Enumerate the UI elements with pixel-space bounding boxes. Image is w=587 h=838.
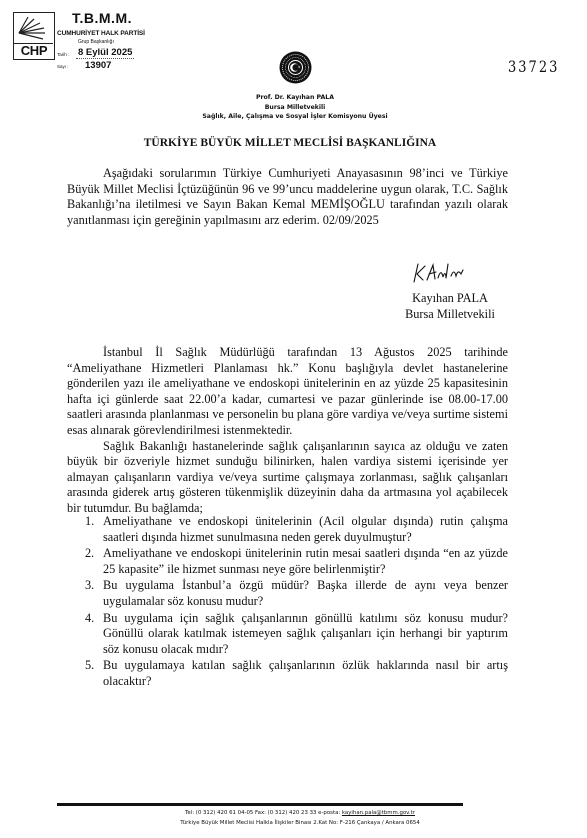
question-list: 1.Ameliyathane ve endoskopi ünitelerinin… bbox=[67, 514, 508, 691]
question-text: Bu uygulama için sağlık çalışanlarının g… bbox=[103, 611, 508, 656]
number-label: Sayı : bbox=[57, 64, 69, 69]
question-item: 3.Bu uygulama İstanbul’a özgü müdür? Baş… bbox=[67, 578, 508, 609]
signer-role: Bursa Milletvekili bbox=[395, 307, 505, 323]
question-text: Ameliyathane ve endoskopi ünitelerinin r… bbox=[103, 546, 508, 576]
footer-contact-text: Tel: (0 312) 420 61 04-05 Fax: (0 312) 4… bbox=[185, 810, 342, 816]
intro-text: Aşağıdaki sorularımın Türkiye Cumhuriyet… bbox=[67, 166, 508, 228]
question-number: 2. bbox=[85, 546, 94, 562]
intro-paragraph: Aşağıdaki sorularımın Türkiye Cumhuriyet… bbox=[67, 166, 508, 228]
body-paragraphs: İstanbul İl Sağlık Müdürlüğü tarafından … bbox=[67, 345, 508, 517]
footer-address: Türkiye Büyük Millet Meclisi Halkla İliş… bbox=[100, 818, 500, 828]
institution-name: T.B.M.M. bbox=[72, 10, 132, 26]
chp-rays-icon bbox=[14, 13, 53, 44]
footer-email-link[interactable]: kayihan.pala@tbmm.gov.tr bbox=[342, 810, 415, 816]
footer-divider bbox=[57, 803, 463, 806]
body-paragraph-2: Sağlık Bakanlığı hastanelerinde sağlık ç… bbox=[67, 439, 508, 517]
sender-committee: Sağlık, Aile, Çalışma ve Sosyal İşler Ko… bbox=[150, 112, 440, 122]
signature-icon bbox=[411, 260, 471, 286]
footer-contact: Tel: (0 312) 420 61 04-05 Fax: (0 312) 4… bbox=[100, 808, 500, 818]
sender-role: Bursa Milletvekili bbox=[150, 103, 440, 113]
party-name: CUMHURİYET HALK PARTİSİ bbox=[57, 30, 145, 37]
number-value: 13907 bbox=[85, 60, 111, 71]
question-text: Ameliyathane ve endoskopi ünitelerinin (… bbox=[103, 514, 508, 544]
question-number: 4. bbox=[85, 611, 94, 627]
signer-name: Kayıhan PALA bbox=[395, 291, 505, 307]
addressee-title: TÜRKİYE BÜYÜK MİLLET MECLİSİ BAŞKANLIĞIN… bbox=[100, 137, 480, 149]
question-item: 2.Ameliyathane ve endoskopi ünitelerinin… bbox=[67, 546, 508, 577]
question-number: 5. bbox=[85, 658, 94, 674]
tbmm-emblem-icon bbox=[279, 51, 312, 84]
question-text: Bu uygulamaya katılan sağlık çalışanları… bbox=[103, 658, 508, 688]
question-number: 3. bbox=[85, 578, 94, 594]
chp-logo: CHP bbox=[13, 12, 55, 60]
question-number: 1. bbox=[85, 514, 94, 530]
signer-block: Kayıhan PALA Bursa Milletvekili bbox=[395, 291, 505, 322]
question-item: 5.Bu uygulamaya katılan sağlık çalışanla… bbox=[67, 658, 508, 689]
group-name: Grup Başkanlığı bbox=[78, 39, 114, 45]
question-item: 4.Bu uygulama için sağlık çalışanlarının… bbox=[67, 611, 508, 658]
footer: Tel: (0 312) 420 61 04-05 Fax: (0 312) 4… bbox=[100, 808, 500, 828]
sender-name: Prof. Dr. Kayıhan PALA bbox=[150, 93, 440, 103]
stamp-number: 33723 bbox=[508, 58, 559, 77]
date-label: Tarih : bbox=[57, 52, 69, 57]
chp-logo-text: CHP bbox=[14, 43, 54, 58]
date-value: 8 Eylül 2025 bbox=[76, 47, 134, 59]
question-item: 1.Ameliyathane ve endoskopi ünitelerinin… bbox=[67, 514, 508, 545]
question-text: Bu uygulama İstanbul’a özgü müdür? Başka… bbox=[103, 578, 508, 608]
sender-block: Prof. Dr. Kayıhan PALA Bursa Milletvekil… bbox=[150, 93, 440, 122]
body-paragraph-1: İstanbul İl Sağlık Müdürlüğü tarafından … bbox=[67, 345, 508, 439]
